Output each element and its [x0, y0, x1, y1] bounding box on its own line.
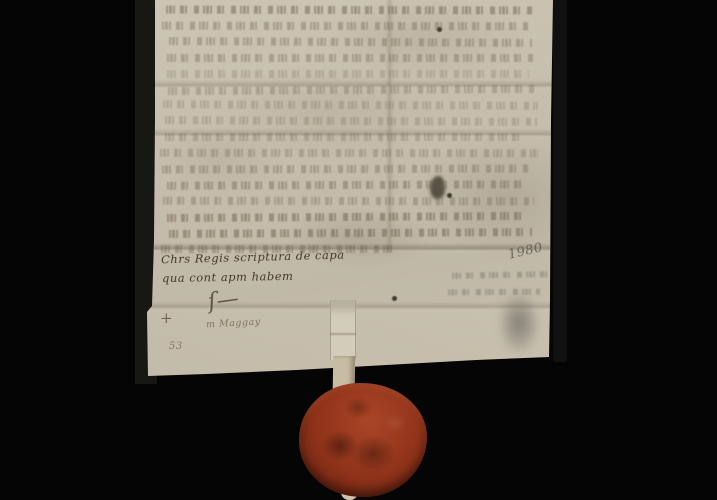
- seal-tag-upper: [330, 300, 356, 360]
- body-script-line: [165, 133, 526, 141]
- body-script-line: [169, 228, 532, 238]
- body-script-line: [165, 116, 538, 126]
- body-script-line: [160, 149, 538, 158]
- cross-mark: +: [160, 309, 173, 327]
- manuscript-photo: Chrs Regis scriptura de capa qua cont ap…: [0, 0, 717, 500]
- body-script-line: [167, 180, 525, 189]
- body-script-line: [168, 84, 538, 94]
- body-script-line: [162, 164, 528, 173]
- body-script-line: [163, 101, 538, 111]
- seal-tag-seam: [330, 333, 356, 335]
- pencil-note-line-1: [452, 271, 547, 279]
- body-script-line: [166, 6, 532, 15]
- body-script-line: [161, 244, 395, 252]
- grey-stain-smudge: [498, 291, 540, 355]
- body-script-line: [169, 37, 532, 47]
- body-script-line: [167, 70, 529, 78]
- body-script-line: [162, 22, 531, 31]
- body-script-line: [167, 54, 534, 62]
- body-script-line: [163, 196, 534, 205]
- parchment-sheet: Chrs Regis scriptura de capa qua cont ap…: [146, 0, 555, 378]
- shelfmark-number: 53: [169, 341, 183, 352]
- endorsement-line-2: qua cont apm habem: [162, 269, 294, 285]
- paraph-mark: ſ—: [206, 286, 240, 315]
- wax-seal: [299, 383, 427, 497]
- backing-board-edge-right: [553, 0, 567, 362]
- body-script-line: [167, 212, 528, 222]
- parchment-hole-1: [392, 296, 397, 301]
